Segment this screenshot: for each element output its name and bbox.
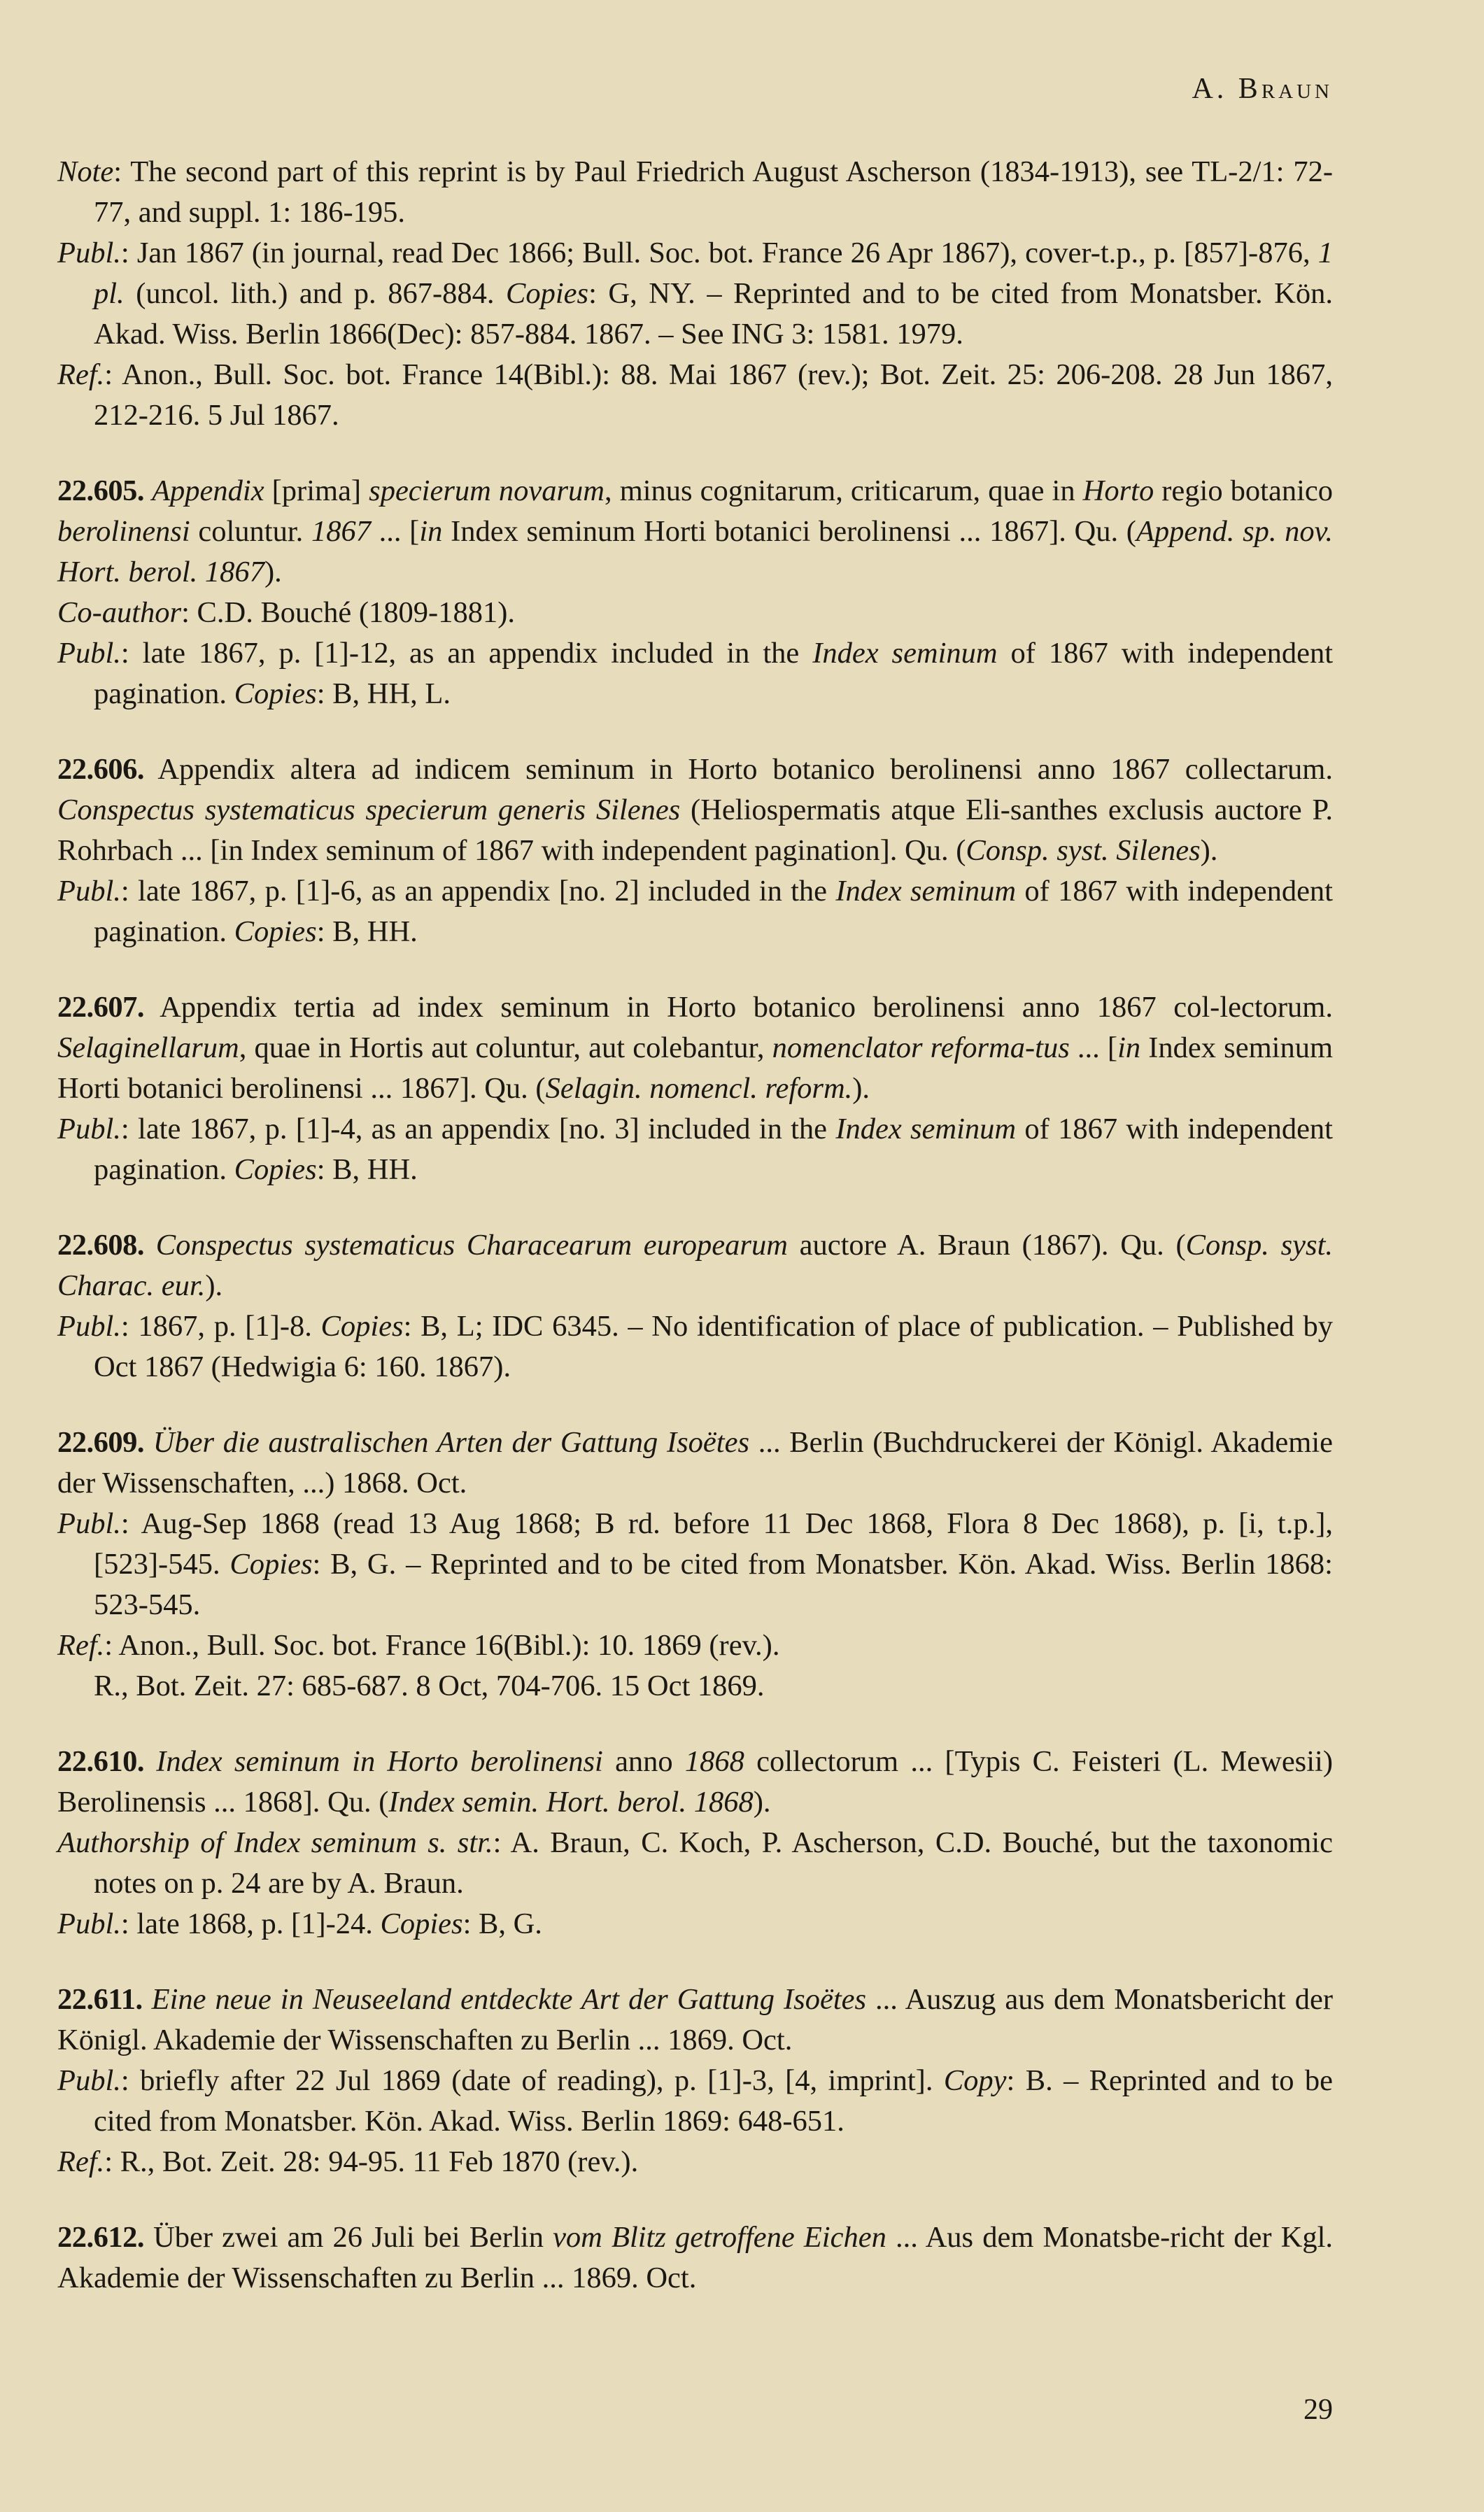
entry-title: 22.605. Appendix [prima] specierum novar… (57, 471, 1333, 593)
page-number: 29 (1303, 2393, 1333, 2427)
italic-text: Ref. (57, 1629, 104, 1662)
text: : The second part of this reprint is by … (94, 155, 1333, 229)
text: Über zwei am 26 Juli bei Berlin (144, 2221, 553, 2254)
entry-22-605: 22.605. Appendix [prima] specierum novar… (57, 471, 1333, 714)
italic-text: Index semin. Hort. berol. 1868 (388, 1786, 753, 1819)
entry-field: Note: The second part of this reprint is… (57, 152, 1333, 233)
italic-text: Conspectus systematicus specierum generi… (57, 793, 680, 826)
text: : R., Bot. Zeit. 28: 94-95. 11 Feb 1870 … (104, 2145, 638, 2178)
entry-number: 22.610. (57, 1745, 144, 1778)
italic-text: Copies (234, 677, 317, 710)
entry-field: Publ.: 1867, p. [1]-8. Copies: B, L; IDC… (57, 1306, 1333, 1388)
entry-field: Ref.: R., Bot. Zeit. 28: 94-95. 11 Feb 1… (57, 2142, 1333, 2182)
italic-text: Publ. (57, 1310, 121, 1343)
entry-number: 22.612. (57, 2221, 144, 2254)
entry-field: Publ.: late 1868, p. [1]-24. Copies: B, … (57, 1904, 1333, 1945)
entry-title: 22.608. Conspectus systematicus Characea… (57, 1225, 1333, 1306)
italic-text: Ref. (57, 358, 104, 391)
bibliography-entries: Note: The second part of this reprint is… (57, 152, 1333, 2334)
entry-number: 22.607. (57, 991, 144, 1024)
italic-text: Publ. (57, 637, 121, 670)
text: , quae in Hortis aut coluntur, aut coleb… (239, 1031, 772, 1064)
text: : briefly after 22 Jul 1869 (date of rea… (121, 2064, 944, 2097)
running-head: A. Braun (1192, 72, 1333, 106)
italic-text: Publ. (57, 237, 121, 269)
italic-text: Appendix (152, 474, 264, 507)
italic-text: Publ. (57, 875, 121, 908)
text: auctore A. Braun (1867). Qu. ( (788, 1229, 1186, 1262)
entry-22-607: 22.607. Appendix tertia ad index seminum… (57, 987, 1333, 1190)
italic-text: Copy (944, 2064, 1007, 2097)
italic-text: Index seminum in Horto berolinensi (156, 1745, 603, 1778)
italic-text: Publ. (57, 2064, 121, 2097)
entry-title: 22.606. Appendix altera ad indicem semin… (57, 749, 1333, 871)
italic-text: Publ. (57, 1507, 121, 1540)
italic-text: Index seminum (812, 637, 997, 670)
entry-number: 22.608. (57, 1229, 144, 1262)
entry-field: Publ.: Aug-Sep 1868 (read 13 Aug 1868; B… (57, 1504, 1333, 1625)
text: ). (852, 1072, 870, 1105)
text (144, 1229, 156, 1262)
entry-field: Authorship of Index seminum s. str.: A. … (57, 1823, 1333, 1904)
text: (uncol. lith.) and p. 867-884. (125, 277, 506, 310)
italic-text: Copies (234, 915, 317, 948)
italic-text: 1867 (311, 515, 371, 548)
italic-text: berolinensi (57, 515, 190, 548)
text: , minus cognitarum, criticarum, quae in (605, 474, 1083, 507)
entry-field: Ref.: Anon., Bull. Soc. bot. France 16(B… (57, 1625, 1333, 1666)
entry-title: 22.610. Index seminum in Horto berolinen… (57, 1742, 1333, 1823)
text: [prima] (264, 474, 369, 507)
entry-title: 22.612. Über zwei am 26 Juli bei Berlin … (57, 2217, 1333, 2299)
italic-text: Co-author (57, 596, 181, 629)
italic-text: Copies (234, 1153, 317, 1186)
entry-22-611: 22.611. Eine neue in Neuseeland entdeckt… (57, 1980, 1333, 2182)
text: Appendix altera ad indicem seminum in Ho… (144, 753, 1333, 786)
entry-continuation: Note: The second part of this reprint is… (57, 152, 1333, 436)
text (144, 1745, 156, 1778)
text: R., Bot. Zeit. 27: 685-687. 8 Oct, 704-7… (94, 1670, 765, 1702)
text: anno (603, 1745, 685, 1778)
italic-text: Conspectus systematicus Characearum euro… (156, 1229, 788, 1262)
italic-text: Selagin. nomencl. reform. (546, 1072, 853, 1105)
text: : late 1867, p. [1]-6, as an appendix [n… (121, 875, 835, 908)
text: regio botanico (1154, 474, 1333, 507)
text (144, 474, 152, 507)
italic-text: Copies (381, 1907, 463, 1940)
italic-text: Ref. (57, 2145, 104, 2178)
text: : B, HH. (317, 1153, 418, 1186)
entry-22-610: 22.610. Index seminum in Horto berolinen… (57, 1742, 1333, 1945)
text: coluntur. (190, 515, 311, 548)
entry-title: 22.611. Eine neue in Neuseeland entdeckt… (57, 1980, 1333, 2061)
text: ... [ (1070, 1031, 1117, 1064)
italic-text: Eine neue in Neuseeland entdeckte Art de… (152, 1983, 866, 2016)
entry-title: 22.607. Appendix tertia ad index seminum… (57, 987, 1333, 1109)
italic-text: in (1117, 1031, 1140, 1064)
text: ). (264, 556, 282, 588)
entry-22-608: 22.608. Conspectus systematicus Characea… (57, 1225, 1333, 1388)
italic-text: vom Blitz getroffene Eichen (553, 2221, 886, 2254)
entry-number: 22.605. (57, 474, 144, 507)
italic-text: Publ. (57, 1907, 121, 1940)
italic-text: Authorship of Index seminum s. str. (57, 1826, 493, 1859)
entry-number: 22.611. (57, 1983, 143, 2016)
italic-text: Über die australischen Arten der Gattung… (153, 1426, 749, 1459)
text: : B, G. (463, 1907, 542, 1940)
entry-number: 22.609. (57, 1426, 144, 1459)
italic-text: Index seminum (835, 1113, 1016, 1145)
text: Index seminum Horti botanici berolinensi… (442, 515, 1136, 548)
entry-22-609: 22.609. Über die australischen Arten der… (57, 1423, 1333, 1707)
text: : Anon., Bull. Soc. bot. France 16(Bibl.… (104, 1629, 779, 1662)
entry-field: Publ.: late 1867, p. [1]-12, as an appen… (57, 633, 1333, 714)
entry-field: R., Bot. Zeit. 27: 685-687. 8 Oct, 704-7… (57, 1666, 1333, 1707)
italic-text: Copies (321, 1310, 404, 1343)
text (144, 1426, 153, 1459)
text: : Jan 1867 (in journal, read Dec 1866; B… (121, 237, 1318, 269)
text: ). (754, 1786, 771, 1819)
entry-field: Ref.: Anon., Bull. Soc. bot. France 14(B… (57, 355, 1333, 436)
italic-text: Index seminum (835, 875, 1016, 908)
text: : late 1867, p. [1]-12, as an appendix i… (121, 637, 812, 670)
text: : Anon., Bull. Soc. bot. France 14(Bibl.… (94, 358, 1333, 432)
text: ). (205, 1269, 222, 1302)
italic-text: 1868 (685, 1745, 744, 1778)
entry-22-612: 22.612. Über zwei am 26 Juli bei Berlin … (57, 2217, 1333, 2299)
text: : late 1867, p. [1]-4, as an appendix [n… (121, 1113, 835, 1145)
italic-text: specierum novarum (369, 474, 605, 507)
text: : 1867, p. [1]-8. (121, 1310, 321, 1343)
text: ... [ (371, 515, 419, 548)
italic-text: Publ. (57, 1113, 121, 1145)
italic-text: nomenclator reforma-tus (772, 1031, 1070, 1064)
italic-text: Copies (506, 277, 588, 310)
entry-number: 22.606. (57, 753, 144, 786)
entry-field: Publ.: briefly after 22 Jul 1869 (date o… (57, 2061, 1333, 2142)
text: : B, HH, L. (317, 677, 451, 710)
italic-text: Consp. syst. Silenes (966, 834, 1200, 867)
entry-title: 22.609. Über die australischen Arten der… (57, 1423, 1333, 1504)
italic-text: Horto (1083, 474, 1154, 507)
text: : late 1868, p. [1]-24. (121, 1907, 381, 1940)
entry-field: Publ.: late 1867, p. [1]-6, as an append… (57, 871, 1333, 952)
text: Appendix tertia ad index seminum in Hort… (144, 991, 1333, 1024)
italic-text: Selaginellarum (57, 1031, 239, 1064)
italic-text: in (419, 515, 442, 548)
entry-22-606: 22.606. Appendix altera ad indicem semin… (57, 749, 1333, 952)
entry-field: Co-author: C.D. Bouché (1809-1881). (57, 593, 1333, 633)
entry-field: Publ.: late 1867, p. [1]-4, as an append… (57, 1109, 1333, 1190)
text: : C.D. Bouché (1809-1881). (181, 596, 515, 629)
text: : B, HH. (317, 915, 418, 948)
italic-text: Copies (229, 1548, 312, 1581)
text (143, 1983, 152, 2016)
italic-text: Note (57, 155, 113, 188)
entry-field: Publ.: Jan 1867 (in journal, read Dec 18… (57, 233, 1333, 355)
text: ). (1201, 834, 1218, 867)
